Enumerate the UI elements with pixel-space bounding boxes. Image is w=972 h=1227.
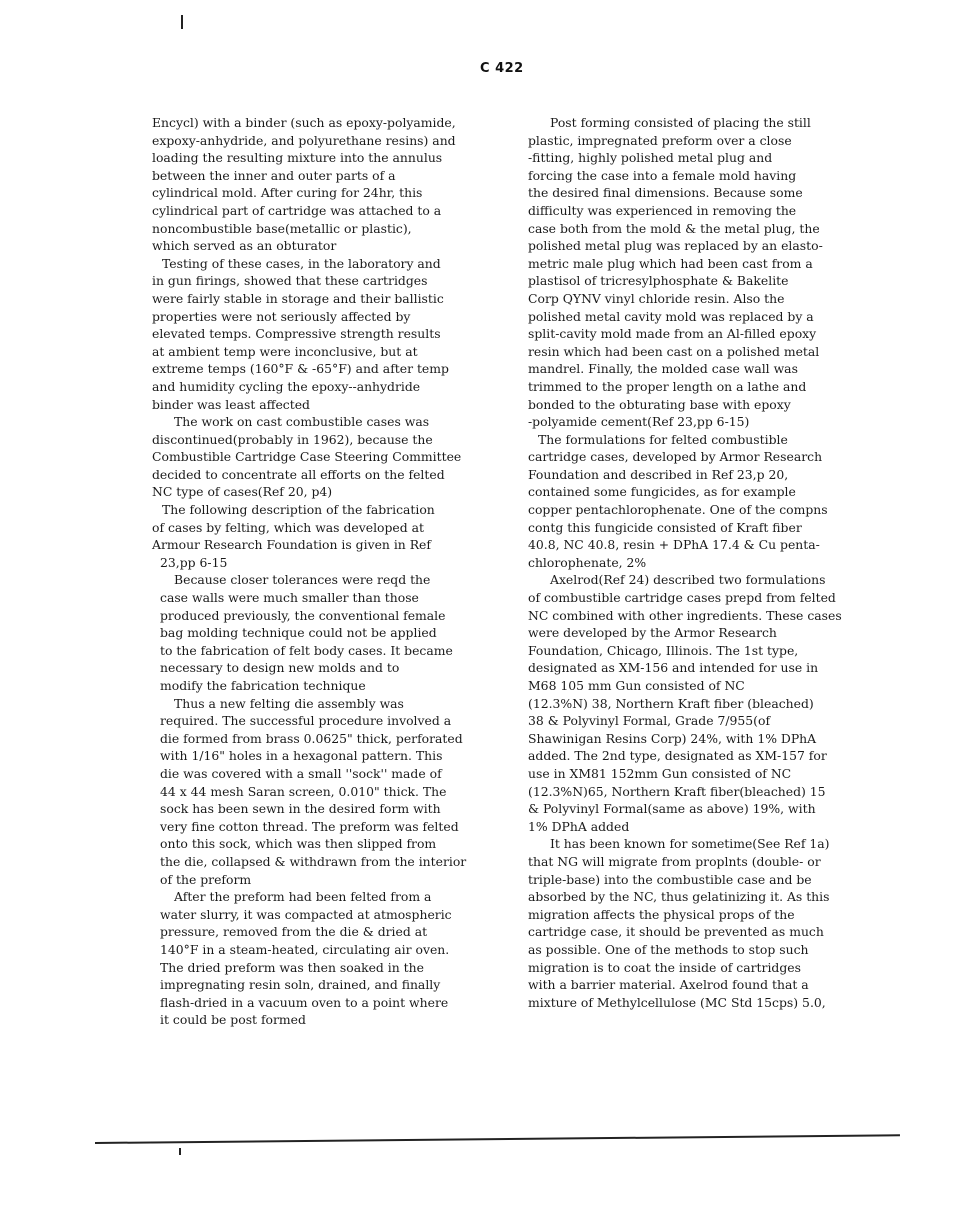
text-line: Foundation, Chicago, Illinois. The 1st t…	[528, 642, 873, 660]
paragraph-start: The following description of the fabrica…	[152, 501, 492, 519]
text-line: of combustible cartridge cases prepd fro…	[528, 589, 873, 607]
text-line: properties were not seriously affected b…	[152, 308, 492, 326]
text-line: contg this fungicide consisted of Kraft …	[528, 519, 873, 537]
right-column: Post forming consisted of placing the st…	[528, 114, 873, 1011]
text-line: 140°F in a steam-heated, circulating air…	[152, 941, 492, 959]
text-line: bag molding technique could not be appli…	[152, 624, 492, 642]
text-line: designated as XM-156 and intended for us…	[528, 659, 873, 677]
text-line: split-cavity mold made from an Al-filled…	[528, 325, 873, 343]
text-line: absorbed by the NC, thus gelatinizing it…	[528, 888, 873, 906]
text-line: NC type of cases(Ref 20, p4)	[152, 483, 492, 501]
text-line: water slurry, it was compacted at atmosp…	[152, 906, 492, 924]
text-line: triple-base) into the combustible case a…	[528, 871, 873, 889]
text-line: resin which had been cast on a polished …	[528, 343, 873, 361]
text-line: use in XM81 152mm Gun consisted of NC	[528, 765, 873, 783]
paragraph-start: Post forming consisted of placing the st…	[528, 114, 873, 132]
text-line: NC combined with other ingredients. Thes…	[528, 607, 873, 625]
text-line: as possible. One of the methods to stop …	[528, 941, 873, 959]
left-column: Encycl) with a binder (such as epoxy-pol…	[152, 114, 492, 1029]
text-line: between the inner and outer parts of a	[152, 167, 492, 185]
text-line: M68 105 mm Gun consisted of NC	[528, 677, 873, 695]
text-line: which served as an obturator	[152, 237, 492, 255]
text-line: (12.3%N) 38, Northern Kraft fiber (bleac…	[528, 695, 873, 713]
text-line: case both from the mold & the metal plug…	[528, 220, 873, 238]
text-line: die was covered with a small ''sock'' ma…	[152, 765, 492, 783]
text-line: the desired final dimensions. Because so…	[528, 184, 873, 202]
text-line: Armour Research Foundation is given in R…	[152, 536, 492, 554]
text-line: impregnating resin soln, drained, and fi…	[152, 976, 492, 994]
text-line: Encycl) with a binder (such as epoxy-pol…	[152, 114, 492, 132]
footer-rule	[95, 1134, 900, 1143]
text-line: decided to concentrate all efforts on th…	[152, 466, 492, 484]
text-line: -fitting, highly polished metal plug and	[528, 149, 873, 167]
paragraph-start: After the preform had been felted from a	[152, 888, 492, 906]
text-line: case walls were much smaller than those	[152, 589, 492, 607]
text-line: of the preform	[152, 871, 492, 889]
text-line: to the fabrication of felt body cases. I…	[152, 642, 492, 660]
text-line: difficulty was experienced in removing t…	[528, 202, 873, 220]
text-line: die formed from brass 0.0625" thick, per…	[152, 730, 492, 748]
text-line: trimmed to the proper length on a lathe …	[528, 378, 873, 396]
text-line: expoxy-anhydride, and polyurethane resin…	[152, 132, 492, 150]
text-line: necessary to design new molds and to	[152, 659, 492, 677]
page-number: C 422	[480, 61, 524, 76]
text-line: Foundation and described in Ref 23,p 20,	[528, 466, 873, 484]
text-line: plastisol of tricresylphosphate & Bakeli…	[528, 272, 873, 290]
text-line: bonded to the obturating base with epoxy	[528, 396, 873, 414]
text-line: in gun firings, showed that these cartri…	[152, 272, 492, 290]
paragraph-start: The formulations for felted combustible	[528, 431, 873, 449]
text-line: that NG will migrate from proplnts (doub…	[528, 853, 873, 871]
text-line: binder was least affected	[152, 396, 492, 414]
text-line: chlorophenate, 2%	[528, 554, 873, 572]
text-line: (12.3%N)65, Northern Kraft fiber(bleache…	[528, 783, 873, 801]
text-line: it could be post formed	[152, 1011, 492, 1029]
text-line: contained some fungicides, as for exampl…	[528, 483, 873, 501]
text-line: Shawinigan Resins Corp) 24%, with 1% DPh…	[528, 730, 873, 748]
text-line: mandrel. Finally, the molded case wall w…	[528, 360, 873, 378]
text-line: were developed by the Armor Research	[528, 624, 873, 642]
text-line: -polyamide cement(Ref 23,pp 6-15)	[528, 413, 873, 431]
text-line: pressure, removed from the die & dried a…	[152, 923, 492, 941]
text-line: cylindrical mold. After curing for 24hr,…	[152, 184, 492, 202]
text-line: elevated temps. Compressive strength res…	[152, 325, 492, 343]
text-line: with a barrier material. Axelrod found t…	[528, 976, 873, 994]
text-line: metric male plug which had been cast fro…	[528, 255, 873, 273]
text-line: cartridge cases, developed by Armor Rese…	[528, 448, 873, 466]
text-line: 40.8, NC 40.8, resin + DPhA 17.4 & Cu pe…	[528, 536, 873, 554]
paragraph-start: It has been known for sometime(See Ref 1…	[528, 835, 873, 853]
text-line: 23,pp 6-15	[152, 554, 492, 572]
text-line: cylindrical part of cartridge was attach…	[152, 202, 492, 220]
text-line: plastic, impregnated preform over a clos…	[528, 132, 873, 150]
text-line: forcing the case into a female mold havi…	[528, 167, 873, 185]
text-line: required. The successful procedure invol…	[152, 712, 492, 730]
text-line: very fine cotton thread. The preform was…	[152, 818, 492, 836]
text-line: mixture of Methylcellulose (MC Std 15cps…	[528, 994, 873, 1012]
text-line: polished metal plug was replaced by an e…	[528, 237, 873, 255]
text-line: The dried preform was then soaked in the	[152, 959, 492, 977]
text-line: flash-dried in a vacuum oven to a point …	[152, 994, 492, 1012]
paragraph-start: Testing of these cases, in the laborator…	[152, 255, 492, 273]
text-line: discontinued(probably in 1962), because …	[152, 431, 492, 449]
text-line: cartridge case, it should be prevented a…	[528, 923, 873, 941]
text-line: with 1/16" holes in a hexagonal pattern.…	[152, 747, 492, 765]
text-line: at ambient temp were inconclusive, but a…	[152, 343, 492, 361]
text-line: and humidity cycling the epoxy--anhydrid…	[152, 378, 492, 396]
text-line: of cases by felting, which was developed…	[152, 519, 492, 537]
text-line: loading the resulting mixture into the a…	[152, 149, 492, 167]
text-line: polished metal cavity mold was replaced …	[528, 308, 873, 326]
text-line: noncombustible base(metallic or plastic)…	[152, 220, 492, 238]
text-line: produced previously, the conventional fe…	[152, 607, 492, 625]
text-line: migration is to coat the inside of cartr…	[528, 959, 873, 977]
paragraph-start: Axelrod(Ref 24) described two formulatio…	[528, 571, 873, 589]
paragraph-start: Because closer tolerances were reqd the	[152, 571, 492, 589]
text-line: copper pentachlorophenate. One of the co…	[528, 501, 873, 519]
scan-mark	[181, 15, 183, 29]
paragraph-start: Thus a new felting die assembly was	[152, 695, 492, 713]
text-line: were fairly stable in storage and their …	[152, 290, 492, 308]
text-line: onto this sock, which was then slipped f…	[152, 835, 492, 853]
text-line: added. The 2nd type, designated as XM-15…	[528, 747, 873, 765]
text-line: Combustible Cartridge Case Steering Comm…	[152, 448, 492, 466]
text-line: 1% DPhA added	[528, 818, 873, 836]
text-line: 44 x 44 mesh Saran screen, 0.010" thick.…	[152, 783, 492, 801]
footer-mark	[179, 1148, 181, 1155]
text-line: sock has been sewn in the desired form w…	[152, 800, 492, 818]
text-line: 38 & Polyvinyl Formal, Grade 7/955(of	[528, 712, 873, 730]
paragraph-start: The work on cast combustible cases was	[152, 413, 492, 431]
text-line: modify the fabrication technique	[152, 677, 492, 695]
text-line: & Polyvinyl Formal(same as above) 19%, w…	[528, 800, 873, 818]
text-line: extreme temps (160°F & -65°F) and after …	[152, 360, 492, 378]
text-line: the die, collapsed & withdrawn from the …	[152, 853, 492, 871]
text-line: migration affects the physical props of …	[528, 906, 873, 924]
text-line: Corp QYNV vinyl chloride resin. Also the	[528, 290, 873, 308]
